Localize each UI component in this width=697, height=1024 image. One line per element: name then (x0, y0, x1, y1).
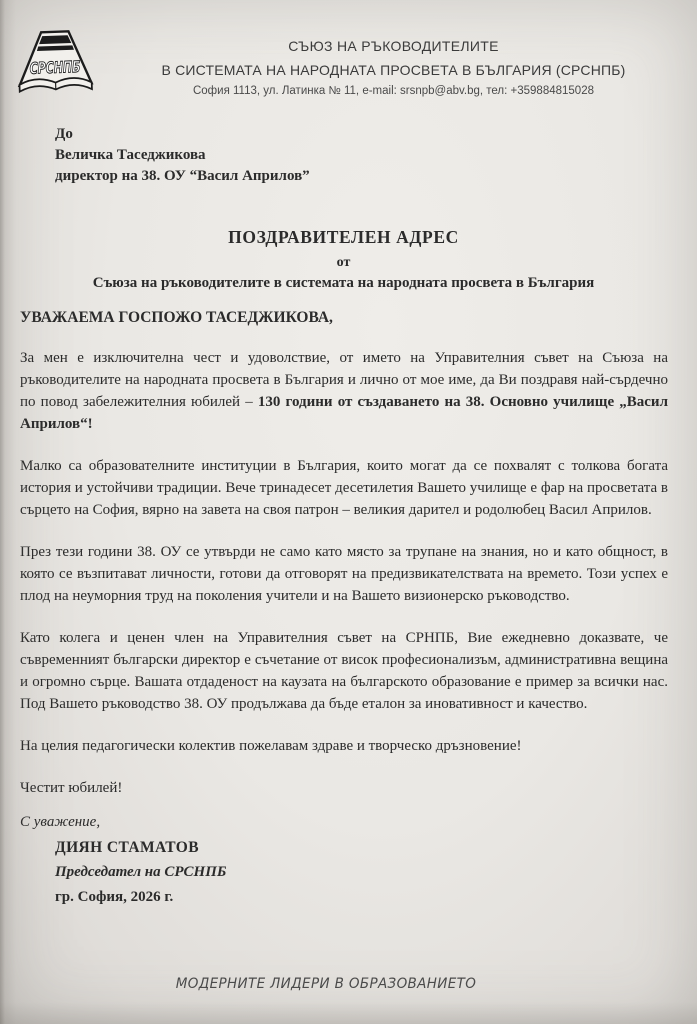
title-from-word: от (20, 255, 667, 271)
addressee-to: До (55, 124, 697, 145)
srsnpb-logo-icon: СРСНПБ (14, 26, 96, 106)
paragraph-6: Честит юбилей! (20, 777, 668, 799)
signer-title: Председател на СРСНПБ (55, 860, 697, 885)
addressee-name: Величка Таседжикова (55, 145, 697, 166)
signer-name: ДИЯН СТАМАТОВ (55, 835, 697, 860)
addressee-position: директор на 38. ОУ “Васил Априлов” (55, 166, 697, 187)
org-contact-line: София 1113, ул. Латинка № 11, e-mail: sr… (112, 85, 675, 97)
org-name-line2: В СИСТЕМАТА НА НАРОДНАТА ПРОСВЕТА В БЪЛГ… (112, 62, 675, 78)
letterhead: СРСНПБ СЪЮЗ НА РЪКОВОДИТЕЛИТЕ В СИСТЕМАТ… (0, 0, 697, 97)
salutation: УВАЖАЕМА ГОСПОЖО ТАСЕДЖИКОВА, (20, 309, 667, 327)
document-title: ПОЗДРАВИТЕЛЕН АДРЕС (20, 227, 667, 248)
title-block: ПОЗДРАВИТЕЛЕН АДРЕС от Съюза на ръководи… (20, 227, 667, 292)
closing-salute: С уважение, (20, 814, 697, 831)
signature-place-date: гр. София, 2026 г. (55, 885, 697, 910)
logo-acronym: СРСНПБ (29, 58, 80, 78)
paragraph-2: Малко са образователните институции в Бъ… (20, 455, 668, 521)
logo-roof-band-1 (39, 35, 71, 44)
org-header-text: СЪЮЗ НА РЪКОВОДИТЕЛИТЕ В СИСТЕМАТА НА НА… (112, 38, 675, 97)
srsnpb-logo: СРСНПБ (14, 26, 96, 106)
document-photo: СРСНПБ СЪЮЗ НА РЪКОВОДИТЕЛИТЕ В СИСТЕМАТ… (0, 0, 697, 1024)
signature-block: ДИЯН СТАМАТОВ Председател на СРСНПБ гр. … (55, 835, 697, 910)
footer-motto: МОДЕРНИТЕ ЛИДЕРИ В ОБРАЗОВАНИЕТО (23, 976, 629, 992)
paragraph-5: На целия педагогически колектив пожелава… (20, 735, 668, 757)
paragraph-3: През тези години 38. ОУ се утвърди не са… (20, 541, 668, 607)
title-org-line: Съюза на ръководителите в системата на н… (20, 275, 667, 292)
paragraph-4: Като колега и ценен член на Управителния… (20, 627, 668, 715)
addressee-block: До Величка Таседжикова директор на 38. О… (55, 124, 697, 187)
paragraph-1: За мен е изключителна чест и удоволствие… (20, 347, 668, 435)
org-name-line1: СЪЮЗ НА РЪКОВОДИТЕЛИТЕ (112, 38, 675, 54)
